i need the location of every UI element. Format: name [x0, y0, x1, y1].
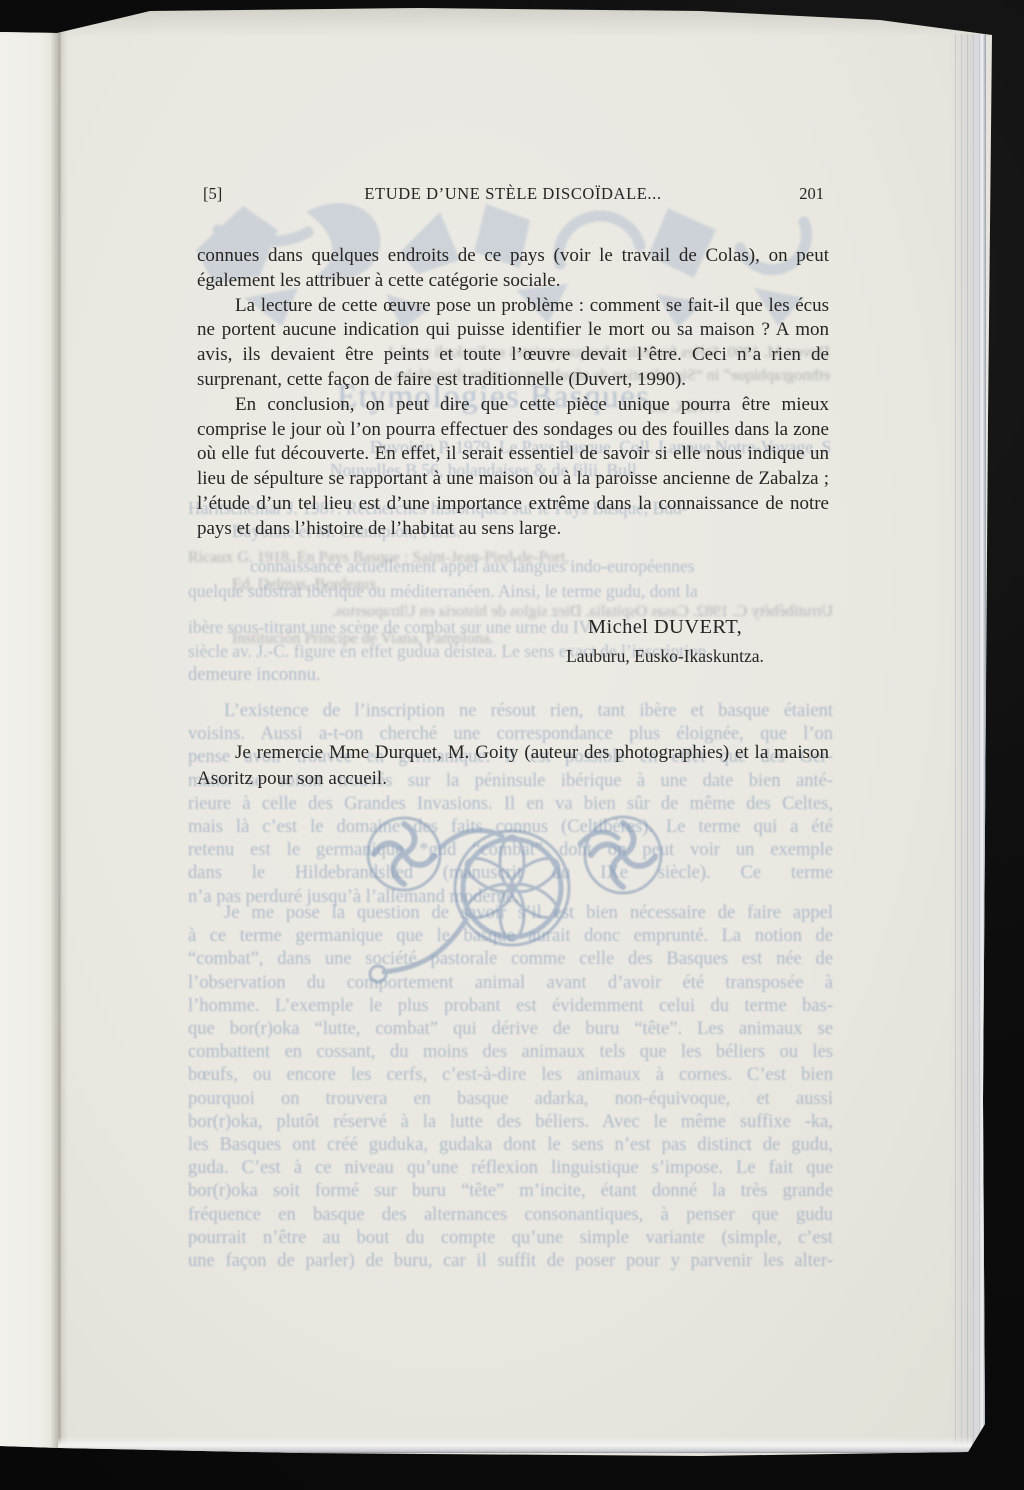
author-signature: Michel DUVERT, Lauburu, Eusko-Ikaskuntza… [495, 616, 835, 667]
running-title: ETUDE D’UNE STÈLE DISCOÏDALE... [197, 184, 829, 204]
running-head: [5] ETUDE D’UNE STÈLE DISCOÏDALE... 201 [197, 184, 829, 206]
body-text: connues dans quelques endroits de ce pay… [197, 244, 829, 542]
page-number: 201 [799, 184, 824, 204]
book-page: Etymologies Basques Duvert M. 1990. Stèl… [0, 0, 1000, 1462]
author-affiliation: Lauburu, Eusko-Ikaskuntza. [495, 646, 835, 667]
acknowledgment-text: Je remercie Mme Durquet, M. Goity (auteu… [197, 740, 829, 791]
paragraph-continuation: connues dans quelques endroits de ce pay… [197, 244, 829, 294]
printed-content: [5] ETUDE D’UNE STÈLE DISCOÏDALE... 201 … [0, 0, 1000, 1462]
paragraph-lecture: La lecture de cette œuvre pose un problè… [197, 294, 829, 393]
acknowledgment: Je remercie Mme Durquet, M. Goity (auteu… [197, 740, 829, 791]
photo-black-background: Etymologies Basques Duvert M. 1990. Stèl… [0, 0, 1024, 1490]
paragraph-conclusion: En conclusion, on peut dire que cette pi… [197, 393, 829, 542]
author-name: Michel DUVERT, [495, 616, 835, 639]
